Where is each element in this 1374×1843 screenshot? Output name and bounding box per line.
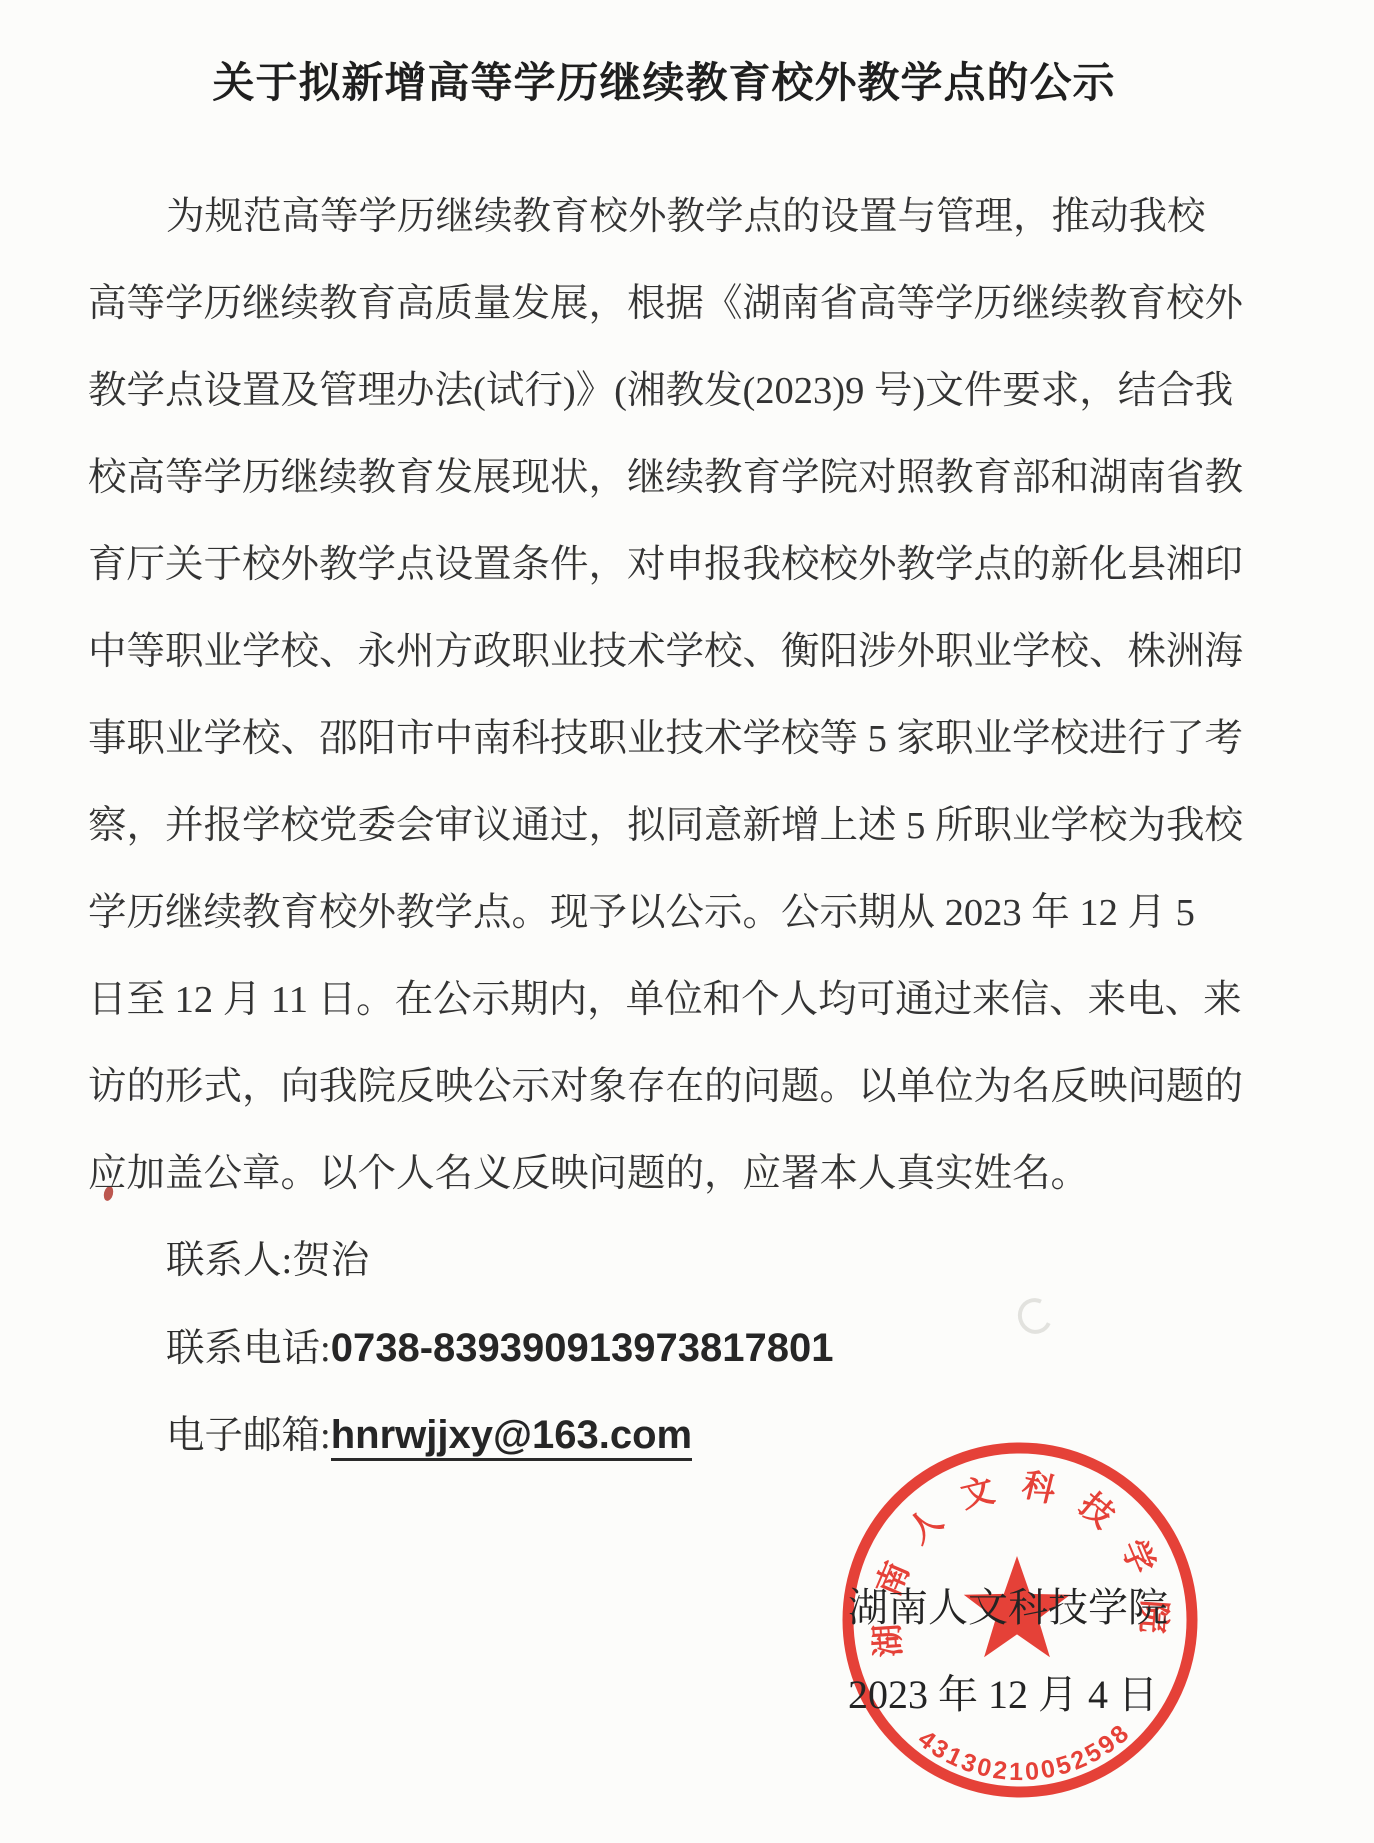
document-title: 关于拟新增高等学历继续教育校外教学点的公示	[88, 50, 1240, 110]
contact-phone-value: 0738-839390913973817801	[331, 1326, 834, 1370]
body-line: 中等职业学校、永州方政职业技术学校、衡阳涉外职业学校、株洲海	[88, 609, 1258, 696]
signature-org: 湖南人文科技学院	[848, 1564, 1168, 1651]
body-line: 访的形式，向我院反映公示对象存在的问题。以单位为名反映问题的	[88, 1044, 1258, 1131]
contact-email-value: hnrwjjxy@163.com	[331, 1413, 692, 1461]
body-line: 为规范高等学历继续教育校外教学点的设置与管理，推动我校	[88, 174, 1258, 261]
body-line: 事职业学校、邵阳市中南科技职业技术学校等 5 家职业学校进行了考	[88, 696, 1258, 783]
contact-person-line: 联系人:贺治	[88, 1218, 1258, 1305]
body-line: 教学点设置及管理办法(试行)》(湘教发(2023)9 号)文件要求，结合我	[88, 348, 1258, 435]
body-line: 日至 12 月 11 日。在公示期内，单位和个人均可通过来信、来电、来	[88, 957, 1258, 1044]
body-line: 察，并报学校党委会审议通过，拟同意新增上述 5 所职业学校为我校	[88, 783, 1258, 870]
scanned-notice-page: 关于拟新增高等学历继续教育校外教学点的公示 为规范高等学历继续教育校外教学点的设…	[0, 0, 1374, 1843]
contact-block: 联系人:贺治 联系电话:0738-839390913973817801 电子邮箱…	[88, 1218, 1258, 1479]
signature-block: 湖南人文科技学院 2023 年 12 月 4 日	[848, 1564, 1168, 1738]
contact-email-line: 电子邮箱:hnrwjjxy@163.com	[88, 1392, 1258, 1479]
body-line: 高等学历继续教育高质量发展，根据《湖南省高等学历继续教育校外	[88, 261, 1258, 348]
contact-phone-line: 联系电话:0738-839390913973817801	[88, 1305, 1258, 1392]
body-line: 育厅关于校外教学点设置条件，对申报我校校外教学点的新化县湘印	[88, 522, 1258, 609]
contact-person-value: 贺治	[292, 1240, 369, 1282]
body-line: 应加盖公章。以个人名义反映问题的，应署本人真实姓名。	[88, 1131, 1258, 1218]
notice-body: 为规范高等学历继续教育校外教学点的设置与管理，推动我校 高等学历继续教育高质量发…	[88, 174, 1258, 1218]
body-line: 校高等学历继续教育发展现状，继续教育学院对照教育部和湖南省教	[88, 435, 1258, 522]
body-line: 学历继续教育校外教学点。现予以公示。公示期从 2023 年 12 月 5	[88, 870, 1258, 957]
contact-phone-label: 联系电话:	[166, 1328, 331, 1370]
contact-person-label: 联系人:	[166, 1240, 292, 1282]
signature-date: 2023 年 12 月 4 日	[848, 1651, 1168, 1738]
contact-email-label: 电子邮箱:	[166, 1415, 331, 1457]
